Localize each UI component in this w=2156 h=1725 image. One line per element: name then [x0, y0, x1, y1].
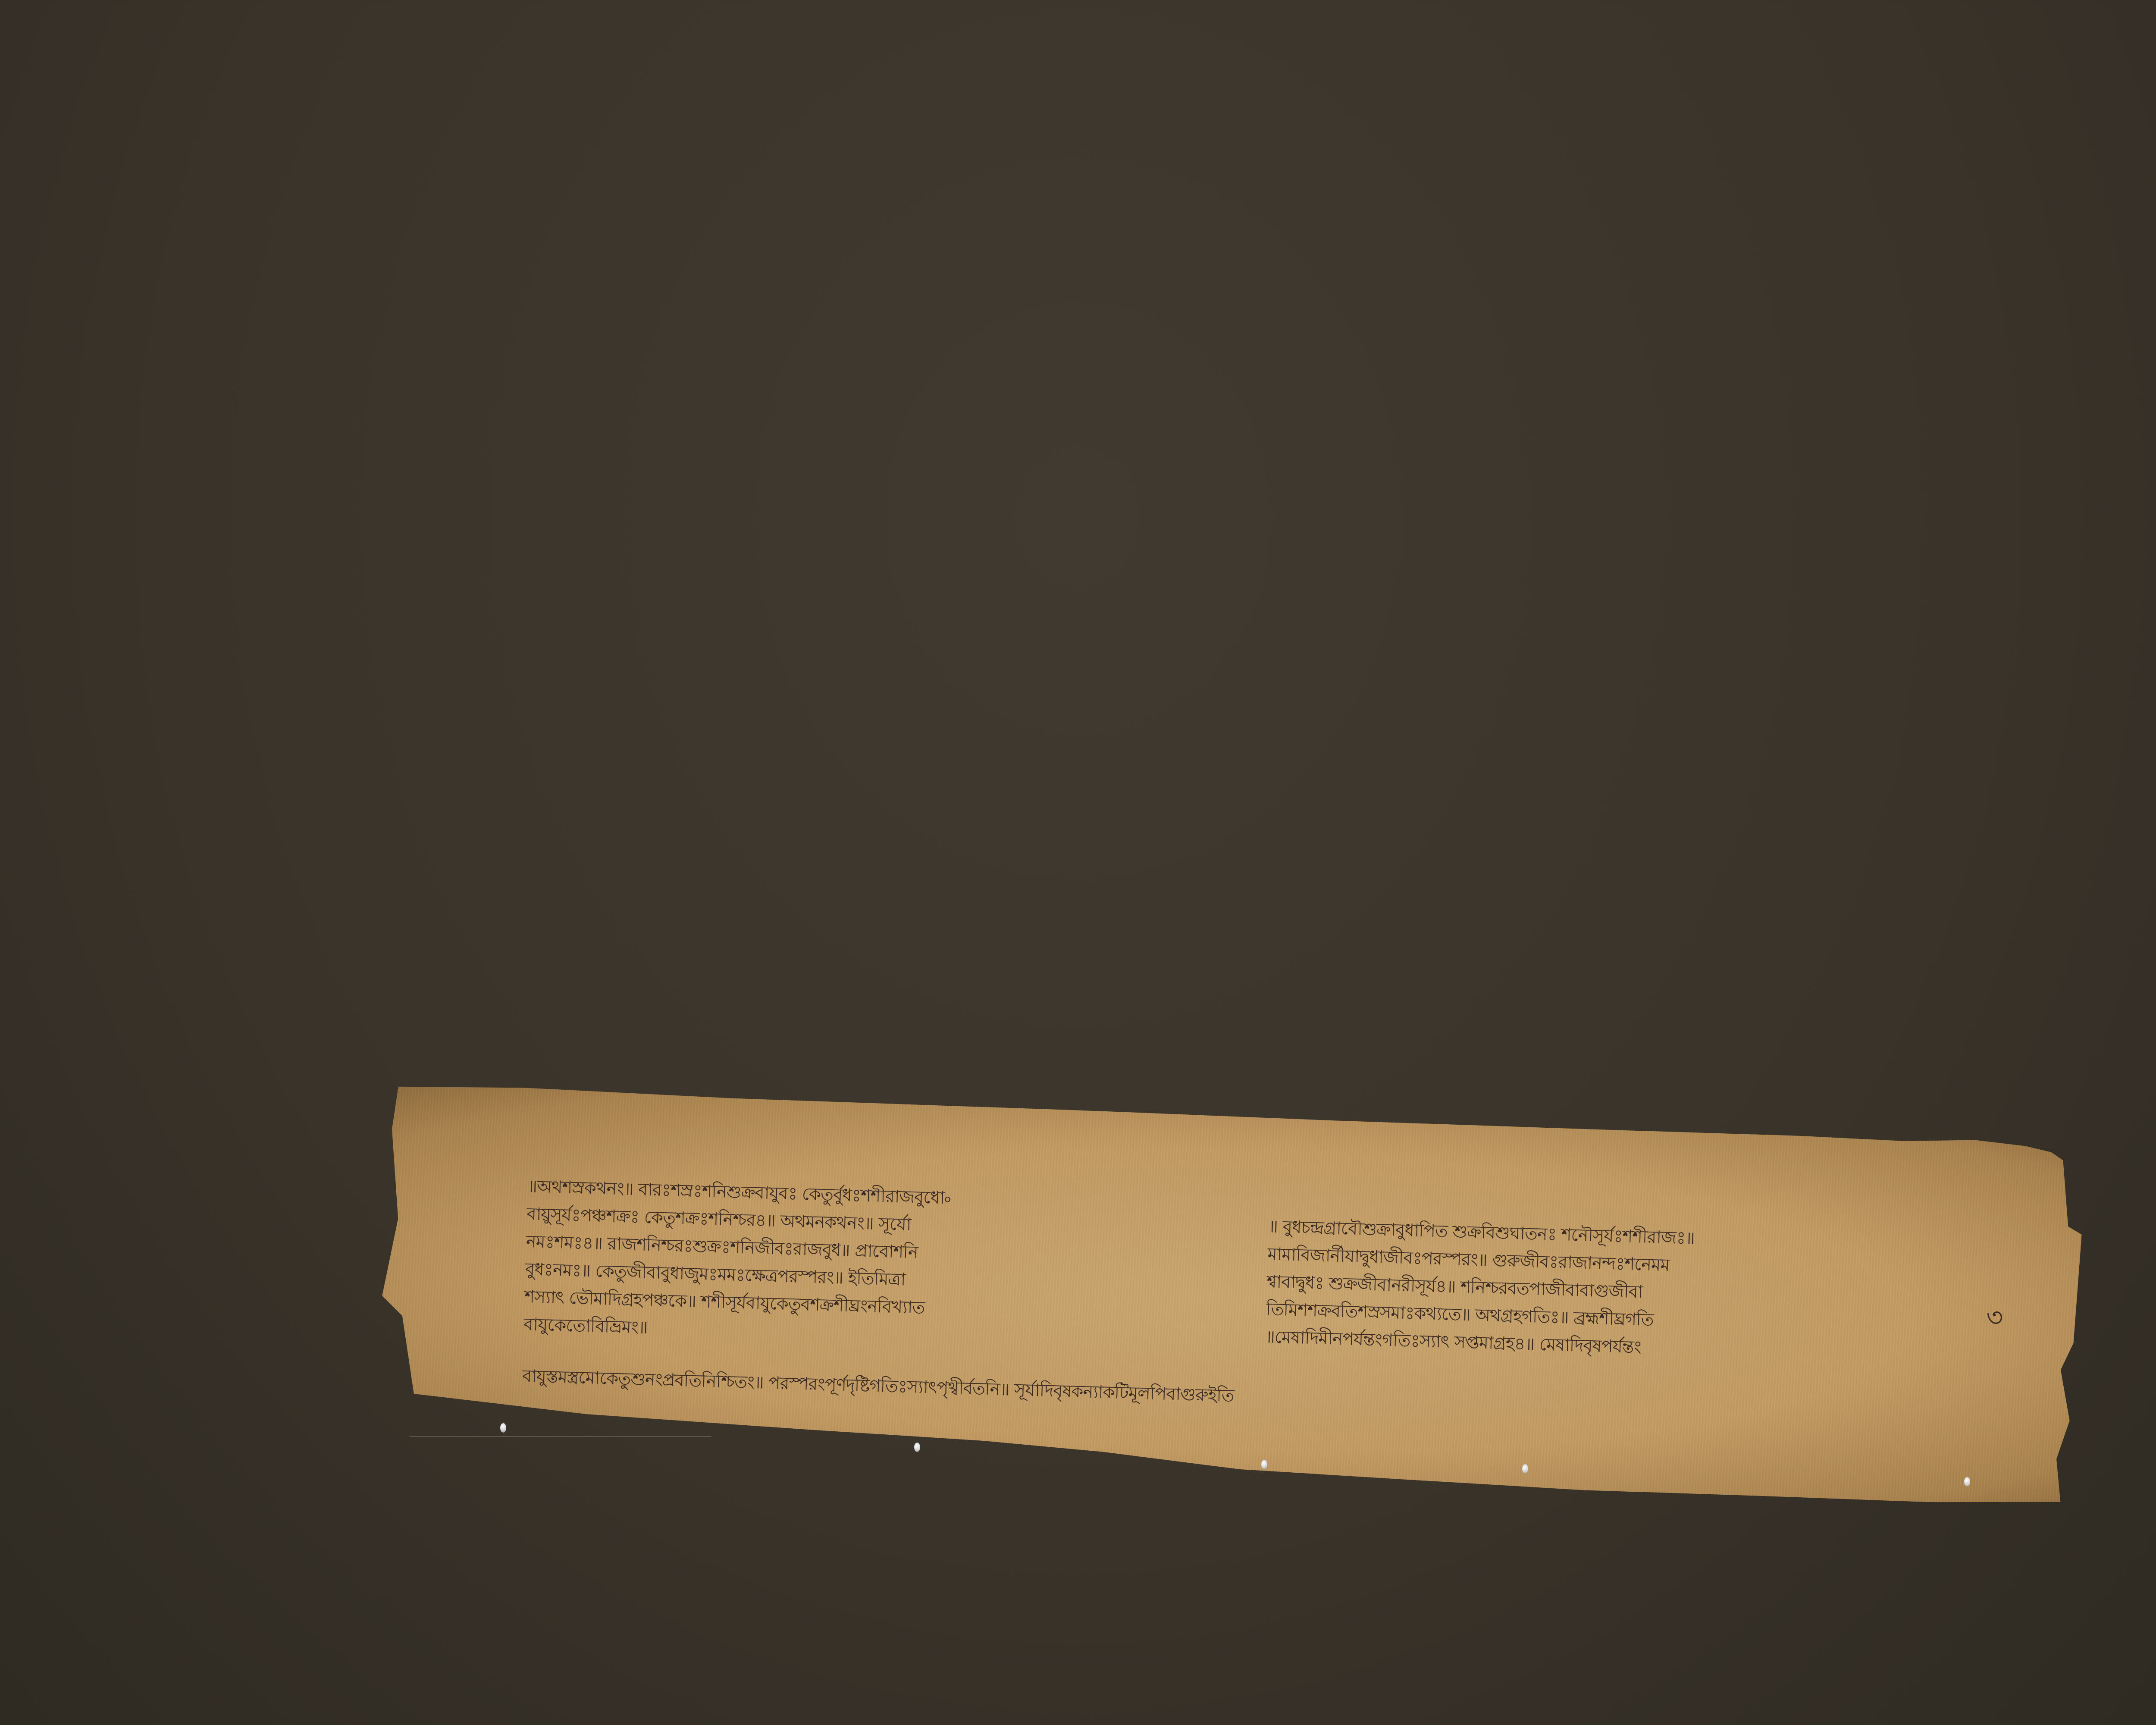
mounting-pin — [914, 1443, 920, 1452]
folio-number: ৩ — [1986, 1298, 2004, 1341]
mounting-thread — [410, 1436, 711, 1437]
mounting-pin — [1261, 1460, 1267, 1469]
manuscript-folio: ॥অথশস্রকথনং॥ বারঃশস্রঃশনিশুক্রবাযুবঃ কেত… — [377, 1082, 2112, 1518]
right-text-column: ॥ বুধচন্দ্রগ্রাবৌশুক্রাবুধাপিত শুক্রবিশু… — [1265, 1213, 1695, 1362]
left-text-column: ॥অথশস্রকথনং॥ বারঃশস্রঃশনিশুক্রবাযুবঃ কেত… — [523, 1173, 952, 1350]
mounting-pin — [500, 1423, 506, 1433]
mounting-pin — [1964, 1477, 1970, 1487]
mounting-pin — [1522, 1464, 1528, 1474]
